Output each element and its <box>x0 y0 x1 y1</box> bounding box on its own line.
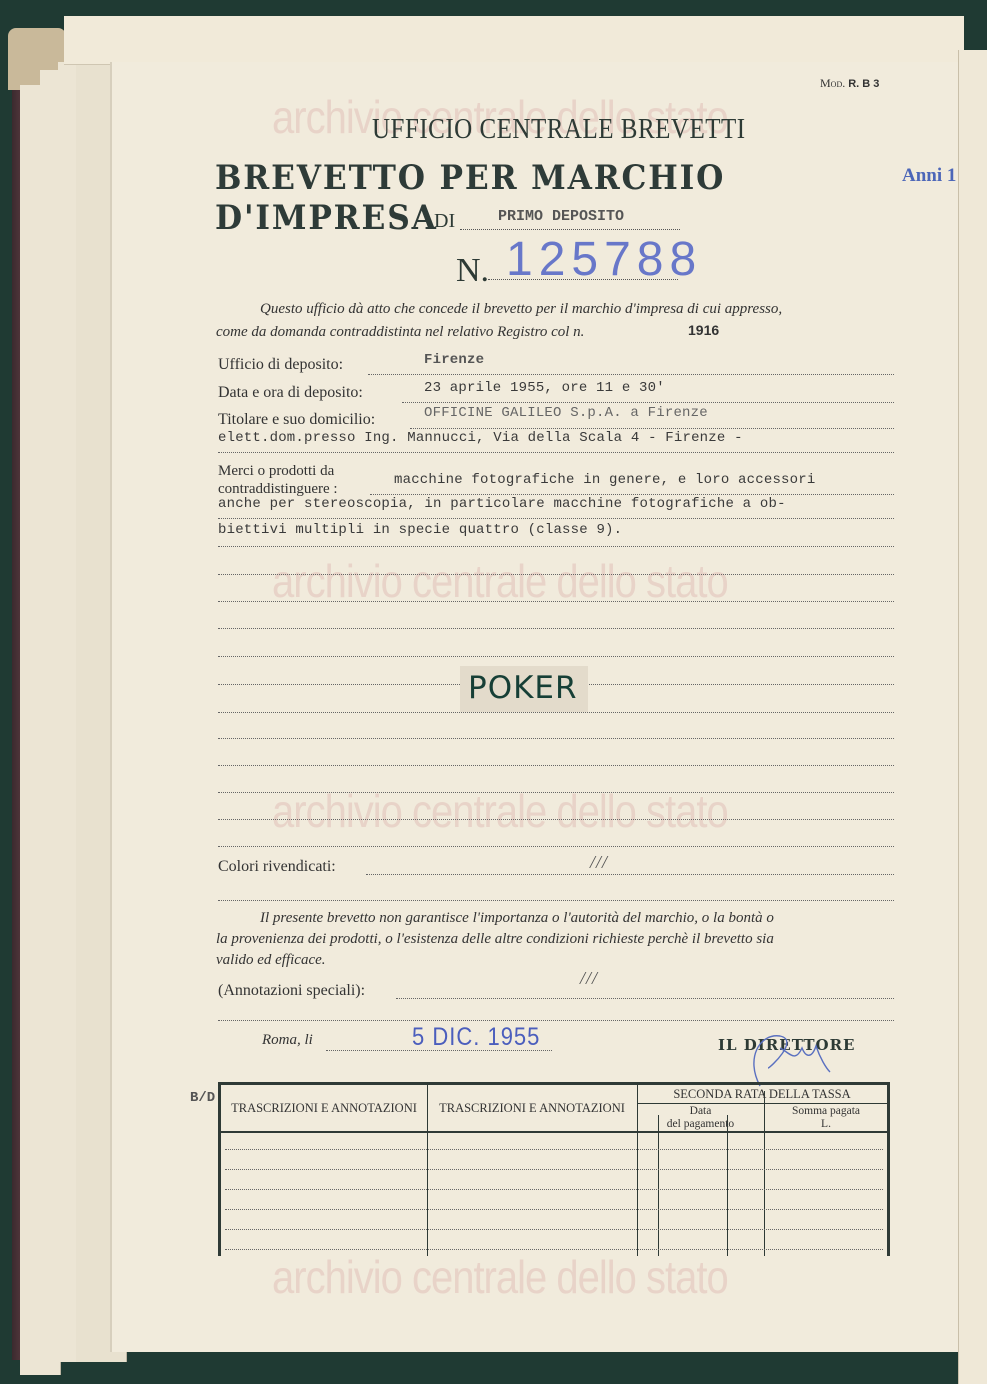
rule-line <box>218 518 894 519</box>
ufficio-value: Firenze <box>424 352 484 368</box>
data-line <box>402 402 894 403</box>
titolare-label: Titolare e suo domicilio: <box>218 411 375 429</box>
ufficio-line <box>368 374 894 375</box>
page-top-edge <box>64 16 964 65</box>
roma-label: Roma, li <box>262 1032 313 1049</box>
data-pagamento-header: Data del pagamento <box>637 1105 764 1131</box>
disclaimer-line-1: Il presente brevetto non garantisce l'im… <box>216 908 896 929</box>
rule-line <box>218 900 894 901</box>
number-label: N. <box>456 252 489 290</box>
table-divider <box>727 1115 728 1256</box>
colori-line <box>366 874 894 875</box>
titolare-line <box>410 428 894 429</box>
merci-value-line1: macchine fotografiche in genere, e loro … <box>394 472 815 488</box>
somma-pagata-line1: Somma pagata <box>764 1105 888 1118</box>
margin-stamp: B/D <box>190 1090 215 1106</box>
watermark: archivio centrale dello stato <box>272 1253 732 1305</box>
rule-line <box>218 601 894 602</box>
merci-label-line1: Merci o prodotti da <box>218 462 338 480</box>
director-signature <box>740 1028 840 1088</box>
rule-line <box>218 738 894 739</box>
trademark-name: POKER <box>468 670 578 706</box>
office-title: UFFICIO CENTRALE BREVETTI <box>372 114 746 146</box>
rule-line <box>218 574 894 575</box>
merci-value-line3: biettivi multipli in specie quattro (cla… <box>218 522 622 538</box>
patent-number: 125788 <box>506 232 702 287</box>
data-pagamento-line2: del pagamento <box>637 1118 764 1131</box>
somma-pagata-header: Somma pagata L. <box>764 1105 888 1131</box>
data-label: Data e ora di deposito: <box>218 384 363 402</box>
model-code-label: Mod. <box>820 76 845 90</box>
ufficio-label: Ufficio di deposito: <box>218 356 343 374</box>
document-title: BREVETTO PER MARCHIO D'IMPRESA <box>215 158 925 238</box>
table-row <box>225 1169 883 1170</box>
table-row <box>225 1189 883 1190</box>
model-code-value: R. B 3 <box>848 78 879 90</box>
rule-line <box>218 628 894 629</box>
rule-line <box>218 656 894 657</box>
transcriptions-table: TRASCRIZIONI E ANNOTAZIONI TRASCRIZIONI … <box>218 1082 890 1256</box>
issue-date-stamp: 5 DIC. 1955 <box>412 1022 540 1052</box>
annotazioni-value: /// <box>580 968 598 989</box>
annotazioni-line <box>396 998 894 999</box>
rule-line <box>218 765 894 766</box>
titolare-value: OFFICINE GALILEO S.p.A. a Firenze <box>424 405 708 421</box>
intro-line-2: come da domanda contraddistinta nel rela… <box>216 324 584 340</box>
rule-line <box>218 846 894 847</box>
rule-line <box>218 546 894 547</box>
merci-line <box>370 494 894 495</box>
seconda-rata-header: SECONDA RATA DELLA TASSA <box>637 1087 887 1102</box>
disclaimer-paragraph: Il presente brevetto non garantisce l'im… <box>216 908 896 971</box>
registry-number: 1916 <box>688 322 719 338</box>
intro-paragraph: Questo ufficio dà atto che concede il br… <box>216 298 896 344</box>
disclaimer-line-2: la provenienza dei prodotti, o l'esisten… <box>216 929 896 950</box>
adjacent-page <box>958 50 987 1384</box>
rule-line <box>218 819 894 820</box>
watermark: archivio centrale dello stato <box>272 787 732 839</box>
col1-header: TRASCRIZIONI E ANNOTAZIONI <box>221 1101 427 1116</box>
model-code: Mod. R. B 3 <box>820 76 879 91</box>
disclaimer-line-3: valido ed efficace. <box>216 950 896 971</box>
annotazioni-label: (Annotazioni speciali): <box>218 982 365 1000</box>
somma-pagata-line2: L. <box>764 1118 888 1131</box>
intro-line-1: Questo ufficio dà atto che concede il br… <box>216 298 896 321</box>
col2-header: TRASCRIZIONI E ANNOTAZIONI <box>427 1101 637 1116</box>
table-row <box>225 1249 883 1250</box>
di-label: DI <box>434 210 455 233</box>
table-row <box>225 1209 883 1210</box>
di-underline <box>460 229 680 230</box>
colori-value: /// <box>590 852 608 873</box>
di-value: PRIMO DEPOSITO <box>498 208 624 225</box>
table-row <box>225 1229 883 1230</box>
data-value: 23 aprile 1955, ore 11 e 30' <box>424 380 665 396</box>
data-pagamento-line1: Data <box>637 1105 764 1118</box>
titolare-value-line2: elett.dom.presso Ing. Mannucci, Via dell… <box>218 430 743 446</box>
table-subheader-line <box>637 1103 887 1104</box>
anni-stamp: Anni 1 <box>902 165 956 187</box>
rule-line <box>218 712 894 713</box>
table-header-line <box>221 1131 887 1133</box>
colori-label: Colori rivendicati: <box>218 858 336 876</box>
rule-line <box>218 792 894 793</box>
merci-label: Merci o prodotti da contraddistinguere : <box>218 462 338 498</box>
rule-line <box>218 1020 894 1021</box>
table-row <box>225 1149 883 1150</box>
table-divider <box>658 1115 659 1256</box>
merci-value-line2: anche per stereoscopia, in particolare m… <box>218 496 786 512</box>
rule-line <box>218 452 894 453</box>
